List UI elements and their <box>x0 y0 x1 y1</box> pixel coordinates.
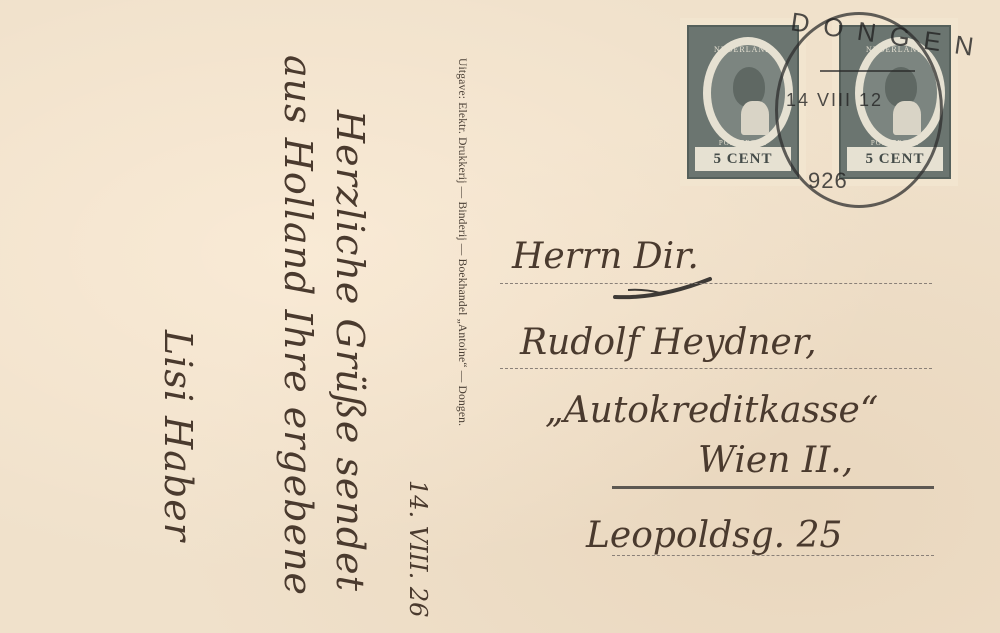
address-street: Leopoldsg. 25 <box>586 515 842 556</box>
underline-flourish <box>610 275 720 305</box>
address-salutation: Herrn Dir. <box>512 236 699 277</box>
printer-imprint: Uitgave: Elektr. Drukkerij — Binderij — … <box>456 58 468 426</box>
address-line-2 <box>500 368 932 369</box>
address-name: Rudolf Heydner, <box>520 322 817 363</box>
address-organization: „Autokreditkasse“ <box>545 390 878 431</box>
stamp-value: 5 CENT <box>695 147 791 171</box>
postmark-date: 14 VIII 12 <box>786 90 883 111</box>
address-line-3 <box>612 486 934 489</box>
address-line-4 <box>612 555 934 556</box>
postcard-back: Herzliche Grüße sendet aus Holland Ihre … <box>0 0 1000 633</box>
message-date: 14. VIII. 26 <box>404 480 432 617</box>
address-line-1 <box>500 283 932 284</box>
message-line-2: aus Holland Ihre ergebene <box>276 55 320 596</box>
stamp-country: NEDERLAND <box>689 45 797 54</box>
address-city: Wien II., <box>698 440 853 481</box>
message-signature: Lisi Haber <box>156 330 200 542</box>
message-line-1: Herzliche Grüße sendet <box>328 110 372 592</box>
postmark-bar <box>820 70 915 72</box>
postmark-year: 926 <box>808 168 848 194</box>
